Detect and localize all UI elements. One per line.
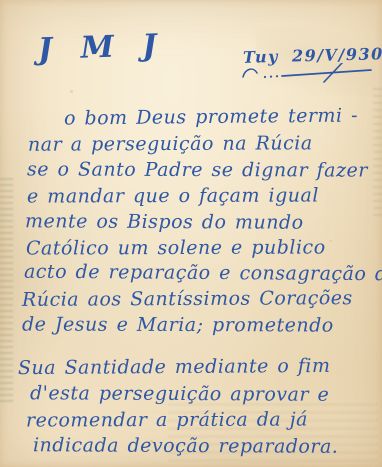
letter-line: Sua Santidade mediante o fim	[18, 355, 331, 379]
paper-speck	[70, 90, 73, 93]
letter-line: Rúcia aos Santíssimos Corações	[22, 287, 353, 311]
date-underline-flourish-icon	[240, 63, 378, 85]
letter-line: indicada devoção reparadora.	[33, 434, 338, 458]
letter-line: o bom Deus promete termi -	[64, 104, 358, 129]
letter-line: acto de reparação e consagração da	[24, 261, 382, 286]
letter-line: d'esta perseguição aprovar e	[30, 382, 329, 406]
letter-line: se o Santo Padre se dignar fazer	[27, 158, 368, 181]
letter-line: nar a perseguição na Rúcia	[28, 132, 313, 155]
paper-speck	[330, 240, 332, 242]
letter-line: mente os Bispos do mundo	[25, 210, 304, 233]
letter-page: J M J Tuy 29/V/930 o bom Deus promete te…	[0, 0, 382, 467]
jmj-monogram: J M J	[37, 28, 166, 67]
page-bleedthrough-left	[0, 178, 13, 403]
page-bleedthrough-right	[373, 88, 382, 218]
letter-line: recomendar a prática da já	[26, 409, 308, 432]
letter-line: e mandar que o façam igual	[27, 184, 319, 207]
letter-line: Católico um solene e publico	[26, 236, 326, 259]
letter-line: de Jesus e Maria; prometendo	[22, 313, 334, 336]
